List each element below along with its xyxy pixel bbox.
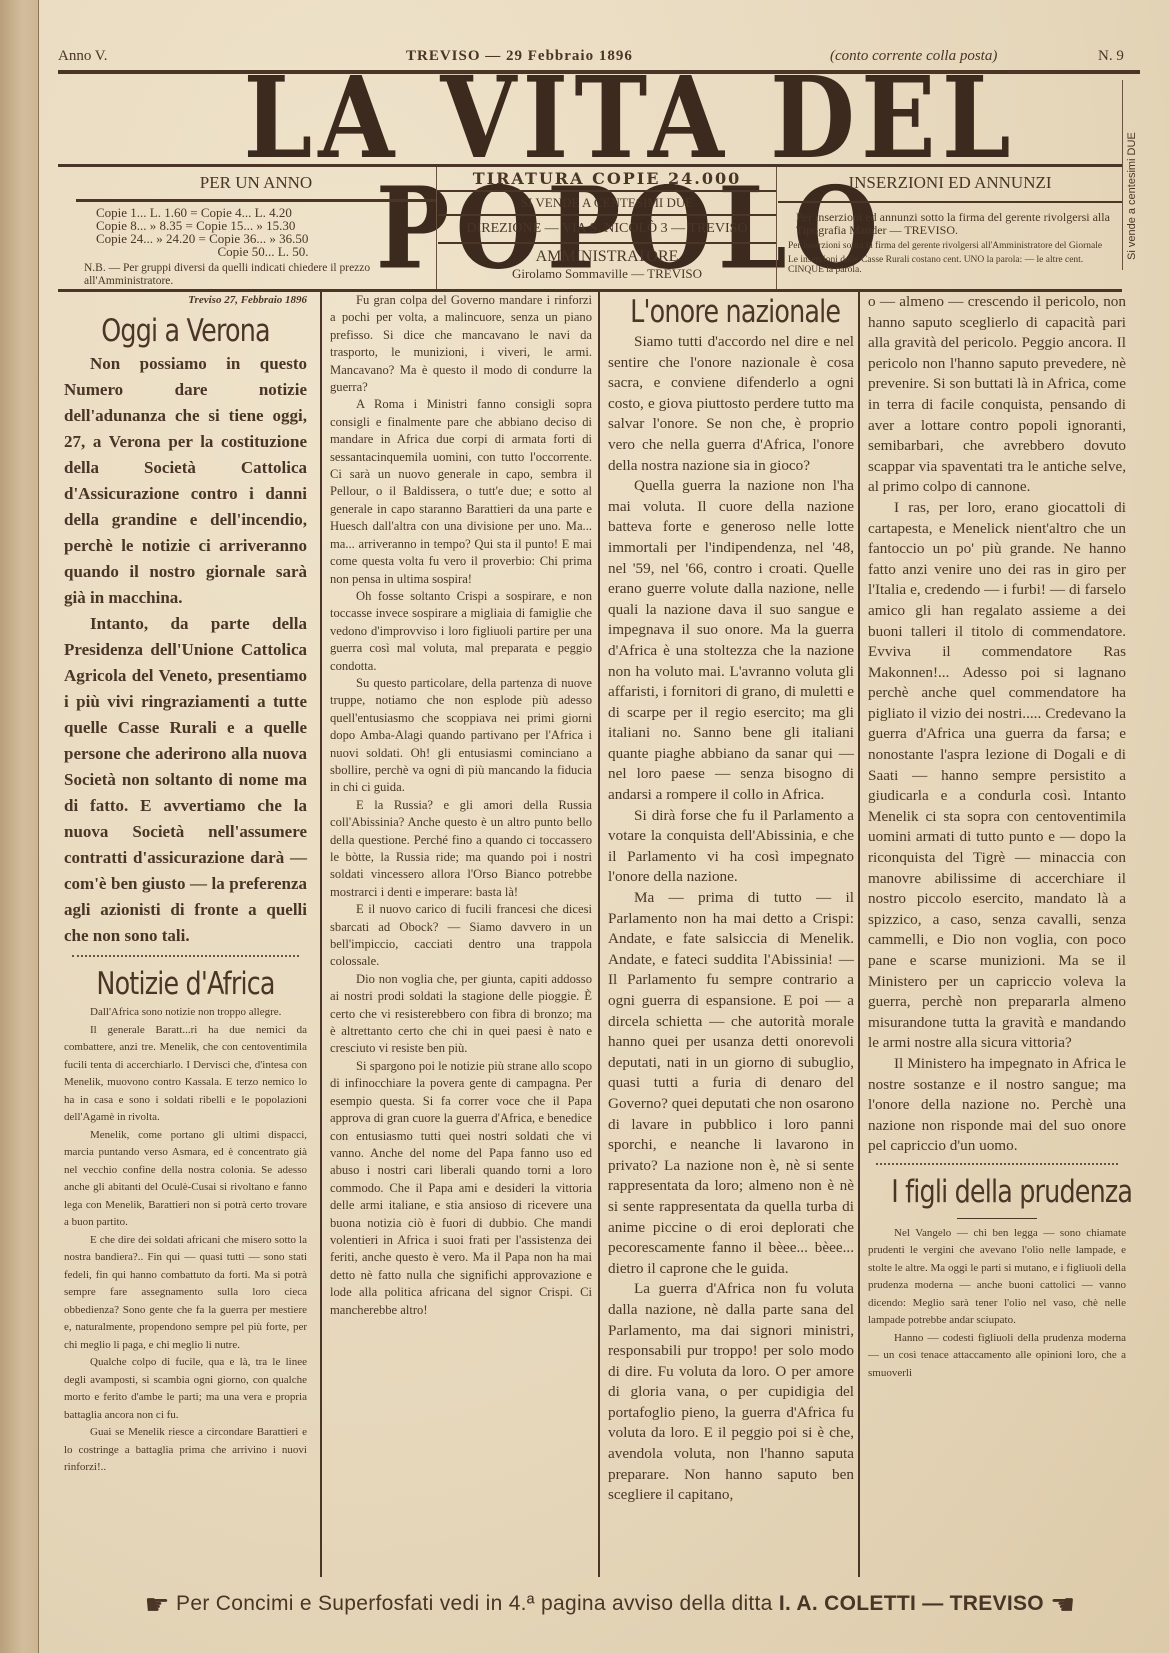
article-paragraph: Ma — prima di tutto — il Parlamento non …: [608, 888, 854, 1279]
subscription-title: PER UN ANNO: [76, 167, 436, 202]
price-row: Copie 50... L. 50.: [96, 245, 430, 258]
header-info-boxes: PER UN ANNO Copie 1... L. 1.60 = Copie 4…: [58, 164, 1122, 292]
column-1: Treviso 27, Febbraio 1896 Oggi a Verona …: [64, 292, 307, 1577]
article-paragraph: Il generale Baratt...ri ha due nemici da…: [64, 1022, 307, 1127]
article-paragraph: Menelik, come portano gli ultimi dispacc…: [64, 1127, 307, 1232]
article-dateline: Treviso 27, Febbraio 1896: [64, 292, 307, 309]
price-table: Copie 1... L. 1.60 = Copie 4... L. 4.20 …: [76, 202, 436, 258]
article-paragraph: Non possiamo in questo Numero dare notiz…: [64, 351, 307, 611]
article-paragraph: E il nuovo carico di fucili francesi che…: [330, 901, 592, 971]
editorial-address: DIREZIONE — VIA S. NICOLÒ 3 — TREVISO: [438, 216, 776, 244]
article-paragraph: La guerra d'Africa non fu voluta dalla n…: [608, 1279, 854, 1506]
column-3: L'onore nazionale Siamo tutti d'accordo …: [598, 292, 854, 1577]
pointing-hand-left-icon: ☚: [1050, 1588, 1075, 1621]
article-paragraph: Si dirà forse che fu il Parlamento a vot…: [608, 806, 854, 888]
article-paragraph: Siamo tutti d'accordo nel dire e nel sen…: [608, 332, 854, 476]
article-paragraph: Quella guerra la nazione non l'ha mai vo…: [608, 476, 854, 806]
side-price-note: Si vende a centesimi DUE: [1122, 80, 1145, 270]
pointing-hand-right-icon: ☛: [145, 1588, 170, 1621]
article-paragraph: o — almeno — crescendo il pericolo, non …: [868, 292, 1126, 498]
article-paragraph: Qualche colpo di fucile, qua e là, tra l…: [64, 1354, 307, 1424]
article-paragraph: Su questo particolare, della partenza di…: [330, 675, 592, 797]
circulation-count: TIRATURA COPIE 24.000: [438, 167, 776, 192]
article-paragraph: Intanto, da parte della Presidenza dell'…: [64, 611, 307, 949]
article-paragraph: A Roma i Ministri fanno consigli sopra c…: [330, 396, 592, 587]
article-columns: Treviso 27, Febbraio 1896 Oggi a Verona …: [58, 292, 1122, 1577]
section-divider: [72, 955, 299, 958]
year-volume: Anno V.: [58, 48, 107, 65]
headline-onore-nazionale: L'onore nazionale: [630, 292, 832, 332]
column-2: Fu gran colpa del Governo mandare i rinf…: [320, 292, 592, 1577]
article-paragraph: Dall'Africa sono notizie non troppo alle…: [64, 1004, 307, 1022]
footer-advertisement: ☛ Per Concimi e Superfosfati vedi in 4.ª…: [80, 1588, 1140, 1621]
article-paragraph: Dio non voglia che, per giunta, capiti a…: [330, 971, 592, 1058]
group-pricing-note: N.B. — Per gruppi diversi da quelli indi…: [76, 258, 436, 288]
article-paragraph: E la Russia? e gli amori della Russia co…: [330, 797, 592, 901]
insertions-text-main: Per inserzioni ed annunzi sotto la firma…: [778, 201, 1122, 237]
sale-price: SI VENDE A CENTESIMI DUE: [438, 192, 776, 216]
binding-spine: [0, 0, 39, 1653]
headline-notizie-africa: Notizie d'Africa: [86, 964, 285, 1004]
newspaper-page: Anno V. TREVISO — 29 Febbraio 1896 (cont…: [40, 0, 1140, 1653]
headline-figli-prudenza: I figli della prudenza: [891, 1172, 1103, 1212]
article-paragraph: E che dire dei soldati africani che mise…: [64, 1232, 307, 1355]
insertions-text-rates: Le inserzioni delle Casse Rurali costano…: [778, 251, 1122, 275]
headline-oggi-a-verona: Oggi a Verona: [86, 311, 285, 351]
administrator-name: Girolamo Sommaville — TREVISO: [438, 266, 776, 282]
article-paragraph: Nel Vangelo — chi ben legga — sono chiam…: [868, 1225, 1126, 1330]
title-underline: [957, 1218, 1037, 1219]
issue-number: N. 9: [1098, 48, 1124, 65]
article-paragraph: I ras, per loro, erano giocattoli di car…: [868, 498, 1126, 1054]
circulation-box: TIRATURA COPIE 24.000 SI VENDE A CENTESI…: [438, 167, 777, 289]
insertions-box: INSERZIONI ED ANNUNZI Per inserzioni ed …: [778, 167, 1122, 289]
article-paragraph: Fu gran colpa del Governo mandare i rinf…: [330, 292, 592, 396]
footer-company: I. A. COLETTI — TREVISO: [779, 1592, 1044, 1615]
section-divider: [876, 1163, 1118, 1166]
article-paragraph: Hanno — codesti figliuoli della prudenza…: [868, 1330, 1126, 1383]
insertions-text-admin: Per inserzioni sopra la firma del gerent…: [778, 237, 1122, 251]
article-paragraph: Guai se Menelik riesce a circondare Bara…: [64, 1424, 307, 1477]
subscription-box: PER UN ANNO Copie 1... L. 1.60 = Copie 4…: [76, 167, 437, 289]
insertions-title: INSERZIONI ED ANNUNZI: [778, 167, 1122, 193]
article-paragraph: Oh fosse soltanto Crispi a sospirare, e …: [330, 588, 592, 675]
footer-ad-text: Per Concimi e Superfosfati vedi in 4.ª p…: [176, 1592, 773, 1615]
article-paragraph: Si spargono poi le notizie più strane al…: [330, 1058, 592, 1319]
article-paragraph: Il Ministero ha impegnato in Africa le n…: [868, 1054, 1126, 1157]
column-4: o — almeno — crescendo il pericolo, non …: [858, 292, 1126, 1577]
administrator-label: AMMINISTRATORE: [438, 244, 776, 266]
